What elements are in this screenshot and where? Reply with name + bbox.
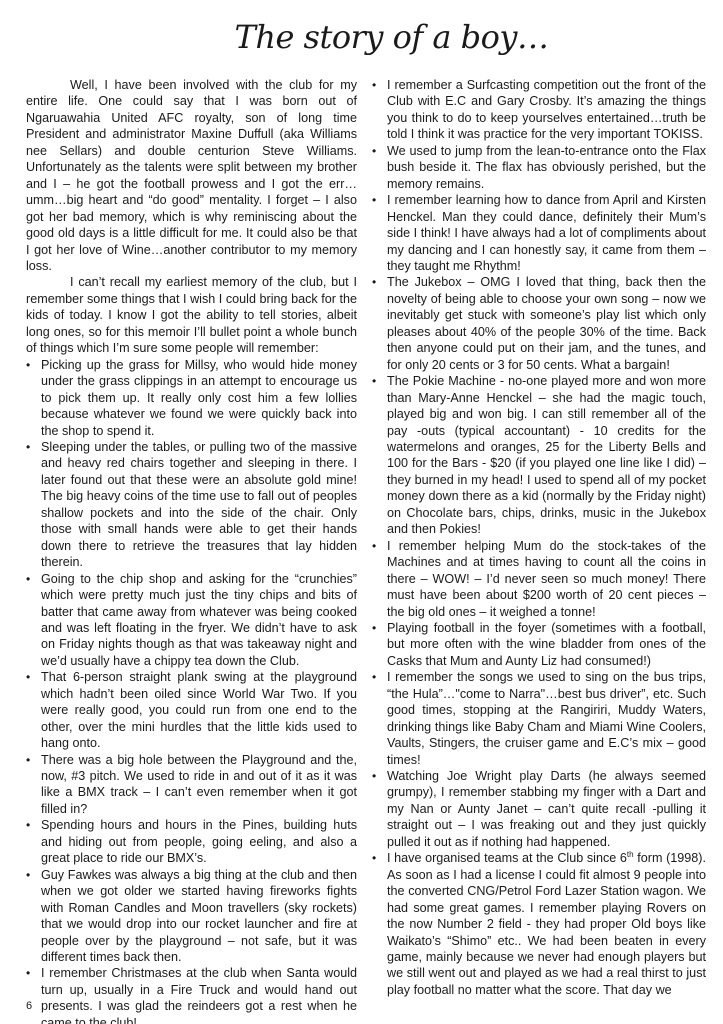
list-item: Guy Fawkes was always a big thing at the… [26,867,357,966]
list-item: There was a big hole between the Playgro… [26,752,357,818]
memory-list: Picking up the grass for Millsy, who wou… [26,357,357,1024]
list-item: I remember Christmases at the club when … [26,965,357,1024]
left-column: Well, I have been involved with the club… [26,77,357,1024]
page-number: 6 [26,1000,32,1012]
ordinal-suffix: th [627,850,634,859]
list-item: Playing football in the foyer (sometimes… [372,620,706,669]
list-item-text: form (1998). As soon as I had a license … [387,851,706,997]
list-item: I remember the songs we used to sing on … [372,669,706,768]
intro-paragraph: Well, I have been involved with the club… [26,77,357,274]
list-item: The Jukebox – OMG I loved that thing, ba… [372,274,706,373]
page-title: The story of a boy… [0,18,723,56]
memoir-paragraph: I can’t recall my earliest memory of the… [26,274,357,356]
list-item: We used to jump from the lean-to-entranc… [372,143,706,192]
list-item: I remember a Surfcasting competition out… [372,77,706,143]
list-item: Watching Joe Wright play Darts (he alway… [372,768,706,850]
memory-list-continued: I remember a Surfcasting competition out… [372,77,706,998]
list-item-last: I have organised teams at the Club since… [372,850,706,998]
list-item: Spending hours and hours in the Pines, b… [26,817,357,866]
list-item: The Pokie Machine - no-one played more a… [372,373,706,538]
list-item: I remember learning how to dance from Ap… [372,192,706,274]
list-item: That 6-person straight plank swing at th… [26,669,357,751]
list-item: Picking up the grass for Millsy, who wou… [26,357,357,439]
list-item: Going to the chip shop and asking for th… [26,571,357,670]
list-item-text: I have organised teams at the Club since… [387,851,627,865]
right-column: I remember a Surfcasting competition out… [372,77,706,998]
list-item: Sleeping under the tables, or pulling tw… [26,439,357,571]
list-item: I remember helping Mum do the stock-take… [372,538,706,620]
